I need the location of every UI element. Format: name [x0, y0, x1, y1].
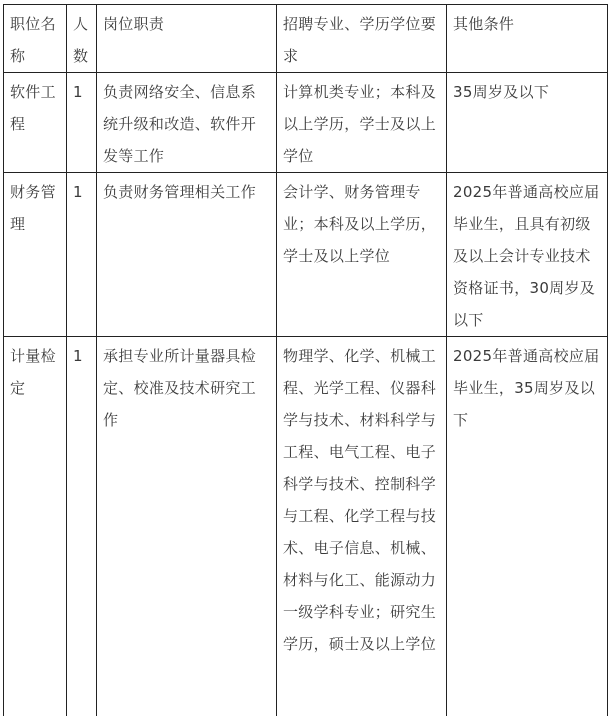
table-row: 财务管理 1 负责财务管理相关工作 会计学、财务管理专业；本科及以上学历，学士及… [4, 173, 608, 337]
cell-requirements: 计算机类专业；本科及以上学历，学士及以上学位 [277, 73, 447, 173]
cell-requirements: 会计学、财务管理专业；本科及以上学历，学士及以上学位 [277, 173, 447, 337]
header-count: 人数 [67, 5, 97, 73]
cell-count: 1 [67, 173, 97, 337]
recruitment-table: 职位名称 人数 岗位职责 招聘专业、学历学位要求 其他条件 软件工程 1 负责网… [3, 4, 608, 716]
cell-other: 35周岁及以下 [447, 73, 608, 173]
cell-count: 1 [67, 337, 97, 716]
cell-duties: 负责财务管理相关工作 [97, 173, 277, 337]
cell-other: 2025年普通高校应届毕业生，35周岁及以下 [447, 337, 608, 716]
header-duties: 岗位职责 [97, 5, 277, 73]
table-row: 计量检定 1 承担专业所计量器具检定、校准及技术研究工作 物理学、化学、机械工程… [4, 337, 608, 716]
cell-position: 计量检定 [4, 337, 67, 716]
header-requirements: 招聘专业、学历学位要求 [277, 5, 447, 73]
table-row: 软件工程 1 负责网络安全、信息系统升级和改造、软件开发等工作 计算机类专业；本… [4, 73, 608, 173]
cell-position: 软件工程 [4, 73, 67, 173]
header-position: 职位名称 [4, 5, 67, 73]
cell-requirements: 物理学、化学、机械工程、光学工程、仪器科学与技术、材料科学与工程、电气工程、电子… [277, 337, 447, 716]
header-other: 其他条件 [447, 5, 608, 73]
cell-position: 财务管理 [4, 173, 67, 337]
cell-duties: 负责网络安全、信息系统升级和改造、软件开发等工作 [97, 73, 277, 173]
cell-duties: 承担专业所计量器具检定、校准及技术研究工作 [97, 337, 277, 716]
cell-other: 2025年普通高校应届毕业生，且具有初级及以上会计专业技术资格证书，30周岁及以… [447, 173, 608, 337]
table-header-row: 职位名称 人数 岗位职责 招聘专业、学历学位要求 其他条件 [4, 5, 608, 73]
cell-count: 1 [67, 73, 97, 173]
